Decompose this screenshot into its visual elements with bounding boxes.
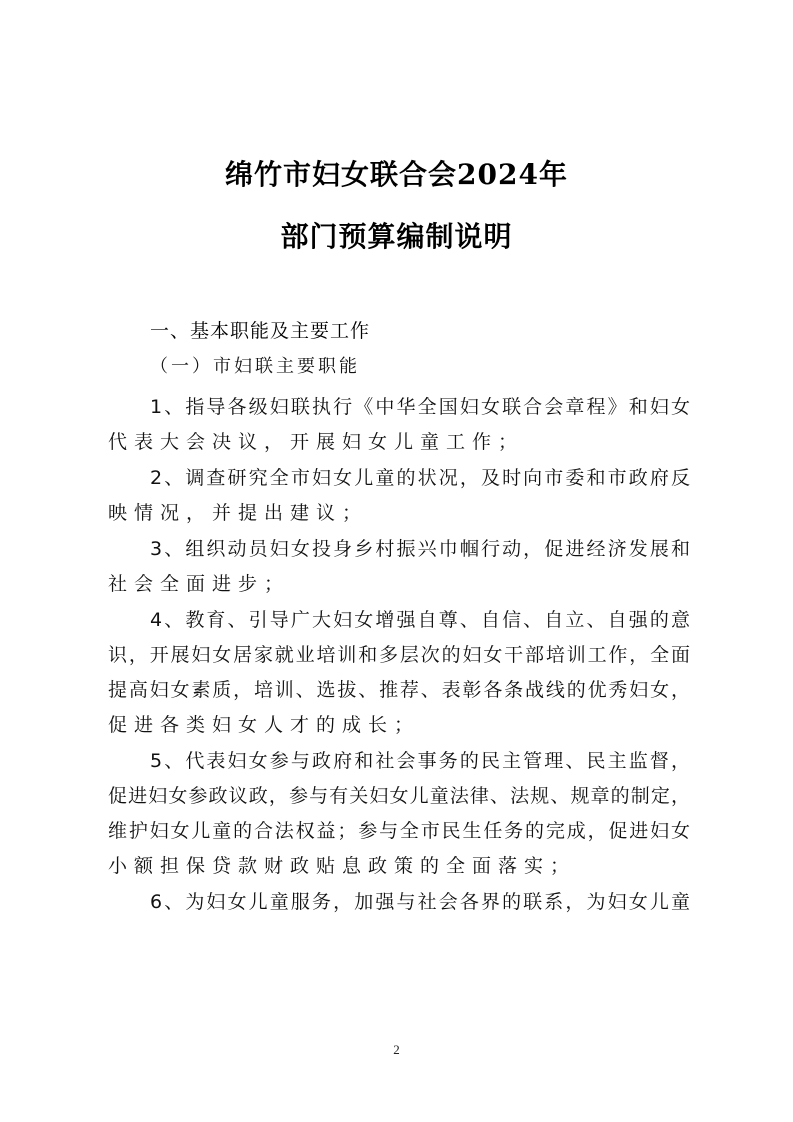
body-line-13: 维护妇女儿童的合法权益；参与全市民生任务的完成，促进妇女 <box>108 819 690 843</box>
body-line-7: 4、教育、引导广大妇女增强自尊、自信、自立、自强的意 <box>150 608 690 632</box>
body-line-4: 映情况，并提出建议； <box>108 501 690 525</box>
document-title-line-2: 部门预算编制说明 <box>0 215 793 255</box>
body-line-11: 5、代表妇女参与政府和社会事务的民主管理、民主监督， <box>150 749 690 773</box>
body-line-1: 1、指导各级妇联执行《中华全国妇女联合会章程》和妇女 <box>150 395 690 419</box>
body-line-3: 2、调查研究全市妇女儿童的状况，及时向市委和市政府反 <box>150 466 690 490</box>
body-line-9: 提高妇女素质，培训、选拔、推荐、表彰各条战线的优秀妇女， <box>108 678 690 702</box>
body-line-5: 3、组织动员妇女投身乡村振兴巾帼行动，促进经济发展和 <box>150 537 690 561</box>
body-line-10: 促进各类妇女人才的成长； <box>108 713 690 737</box>
document-title-line-1: 绵竹市妇女联合会2024年 <box>0 153 793 193</box>
body-line-6: 社会全面进步； <box>108 572 690 596</box>
section-heading: 一、基本职能及主要工作 <box>150 316 370 343</box>
body-line-12: 促进妇女参政议政，参与有关妇女儿童法律、法规、规章的制定， <box>108 784 690 808</box>
page-number: 2 <box>0 1042 793 1058</box>
body-line-8: 识，开展妇女居家就业培训和多层次的妇女干部培训工作，全面 <box>108 643 690 667</box>
body-line-2: 代表大会决议，开展妇女儿童工作； <box>108 430 690 454</box>
subsection-heading: （一）市妇联主要职能 <box>150 352 360 378</box>
body-line-15: 6、为妇女儿童服务，加强与社会各界的联系，为妇女儿童 <box>150 890 690 914</box>
body-line-14: 小额担保贷款财政贴息政策的全面落实； <box>108 854 690 878</box>
